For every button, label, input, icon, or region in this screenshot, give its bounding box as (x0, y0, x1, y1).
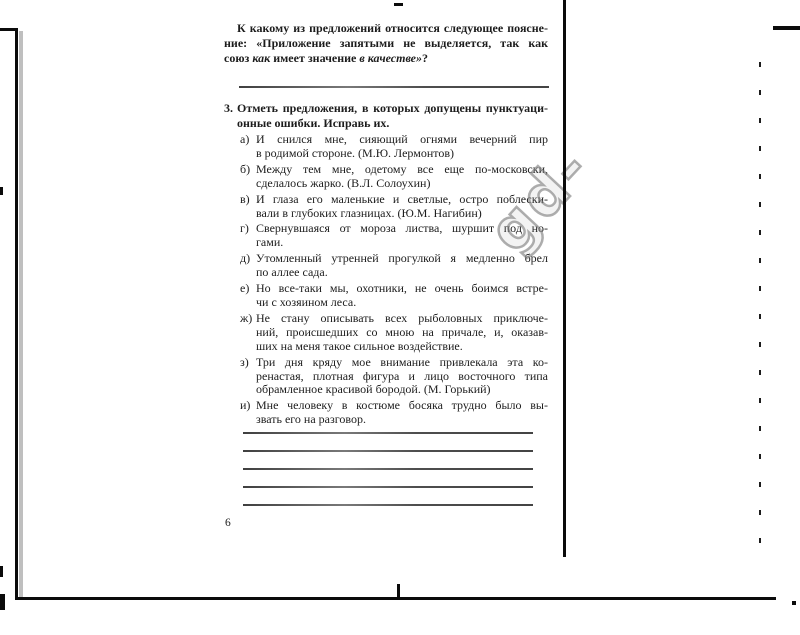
item-label: ж) (240, 312, 252, 326)
scan-speck (0, 594, 5, 610)
answer-rule (243, 504, 533, 506)
item-line: вали в глубоких глазницах. (Ю.М. Нагибин… (256, 207, 548, 221)
answer-rule (243, 432, 533, 434)
item-line: Мне человеку в костюме босяка трудно был… (256, 399, 548, 413)
exercise-item-b: б) Между тем мне, одетому все еще по-мос… (240, 163, 548, 191)
page-edge-shadow (19, 31, 23, 597)
scan-mark-bottom-tick (397, 584, 400, 598)
scan-speck (792, 601, 796, 605)
item-line: И глаза его маленькие и светлые, остро п… (256, 193, 548, 207)
item-line: Свернувшаяся от мороза листва, шуршит по… (256, 222, 548, 236)
page-edge-line-bottom (16, 597, 776, 600)
page-number: 6 (225, 517, 231, 529)
book-spine-line (563, 0, 566, 557)
question-line: союз как имеет значение в качестве»? (224, 51, 548, 66)
item-line: звать его на разговор. (256, 413, 548, 427)
item-line: Между тем мне, одетому все еще по-москов… (256, 163, 548, 177)
item-line: ний, происшедших со мною на причале, и, … (256, 326, 548, 340)
scan-mark-top-dash (394, 3, 403, 6)
item-line: обрамленное красивой бородой. (М. Горьки… (256, 383, 548, 397)
item-label: з) (240, 356, 249, 370)
answer-rule (239, 86, 549, 88)
question-line: К какому из предложений относится следую… (224, 21, 548, 36)
item-label: и) (240, 399, 250, 413)
exercise-item-e: е) Но все-таки мы, охотники, не очень бо… (240, 282, 548, 310)
item-line: ших на меня такое сильное воздействие. (256, 340, 548, 354)
exercise-item-d: д) Утомленный утренней прогулкой я медле… (240, 252, 548, 280)
task-number: 3. (224, 101, 233, 116)
question-text-segment: ? (422, 51, 428, 65)
item-label: е) (240, 282, 249, 296)
item-line: Не стану описывать всех рыболовных прикл… (256, 312, 548, 326)
item-line: по аллее сада. (256, 266, 548, 280)
exercise-item-g: г) Свернувшаяся от мороза листва, шуршит… (240, 222, 548, 250)
item-line: Но все-таки мы, охотники, не очень боимс… (256, 282, 548, 296)
scan-mark-top-right-bar (773, 26, 800, 30)
exercise-item-i: и) Мне человеку в костюме босяка трудно … (240, 399, 548, 427)
task-heading: 3. Отметь предложения, в которых допущен… (224, 101, 548, 131)
question-italic-word: как (252, 51, 270, 65)
item-label: г) (240, 222, 249, 236)
question-text: К какому из предложений относится следую… (224, 21, 548, 66)
answer-rule (243, 486, 533, 488)
binder-dashed-line (759, 62, 761, 562)
task-heading-line: онные ошибки. Исправь их. (237, 116, 548, 131)
item-line: чи с хозяином леса. (256, 296, 548, 310)
exercise-item-zh: ж) Не стану описывать всех рыболовных пр… (240, 312, 548, 354)
item-line: гами. (256, 236, 548, 250)
exercise-item-v: в) И глаза его маленькие и светлые, остр… (240, 193, 548, 221)
page-edge-line-left (15, 28, 18, 600)
question-text-segment: союз (224, 51, 252, 65)
question-italic-word: в качестве» (359, 51, 422, 65)
answer-rule (243, 450, 533, 452)
exercise-item-a: а) И снился мне, сияющий огнями вечерний… (240, 133, 548, 161)
exercise-item-list: а) И снился мне, сияющий огнями вечерний… (240, 133, 548, 429)
item-label: б) (240, 163, 250, 177)
item-label: в) (240, 193, 250, 207)
item-line: сделалось жарко. (В.Л. Солоухин) (256, 177, 548, 191)
item-label: а) (240, 133, 249, 147)
item-line: в родимой стороне. (М.Ю. Лермонтов) (256, 147, 548, 161)
scan-speck (0, 187, 3, 195)
item-line: И снился мне, сияющий огнями вечерний пи… (256, 133, 548, 147)
item-label: д) (240, 252, 250, 266)
answer-rule (243, 468, 533, 470)
exercise-item-z: з) Три дня кряду мое внимание привлекала… (240, 356, 548, 398)
item-line: ренастая, плотная фигура и лицо восточно… (256, 370, 548, 384)
scan-speck (0, 566, 3, 577)
item-line: Три дня кряду мое внимание привлекала эт… (256, 356, 548, 370)
task-heading-line: Отметь предложения, в которых допущены п… (237, 101, 548, 116)
item-line: Утомленный утренней прогулкой я медленно… (256, 252, 548, 266)
question-line: ние: «Приложение запятыми не выделяется,… (224, 36, 548, 51)
question-text-segment: имеет значение (270, 51, 359, 65)
